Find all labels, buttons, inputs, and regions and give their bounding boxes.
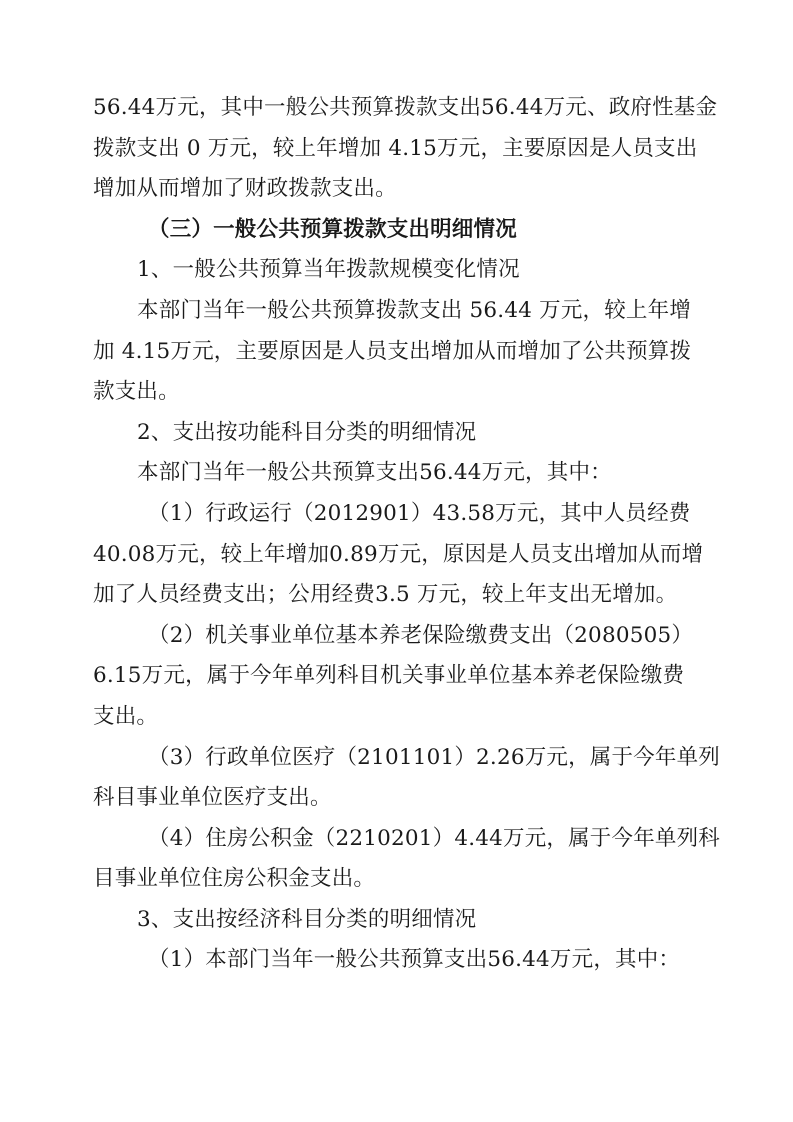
list-item: （2）机关事业单位基本养老保险缴费支出（2080505） [93,616,703,657]
paragraph-line: 6.15万元，属于今年单列科目机关事业单位基本养老保险缴费 [93,656,703,697]
list-item: （4）住房公积金（2210201）4.44万元，属于今年单列科 [93,819,703,860]
paragraph-line: 加 4.15万元，主要原因是人员支出增加从而增加了公共预算拨 [93,332,703,373]
section-heading: （三）一般公共预算拨款支出明细情况 [93,210,703,251]
paragraph-line: 支出。 [93,697,703,738]
document-page: 56.44万元，其中一般公共预算拨款支出56.44万元、政府性基金 拨款支出 0… [93,88,703,981]
paragraph-line: 款支出。 [93,372,703,413]
paragraph-line: 科目事业单位医疗支出。 [93,778,703,819]
list-item: （1）行政运行（2012901）43.58万元，其中人员经费 [93,494,703,535]
subsection-heading: 1、一般公共预算当年拨款规模变化情况 [93,250,703,291]
paragraph-line: 56.44万元，其中一般公共预算拨款支出56.44万元、政府性基金 [93,88,703,129]
subsection-heading: 3、支出按经济科目分类的明细情况 [93,900,703,941]
paragraph-line: 增加从而增加了财政拨款支出。 [93,169,703,210]
list-item: （1）本部门当年一般公共预算支出56.44万元，其中： [93,940,703,981]
paragraph-line: 加了人员经费支出；公用经费3.5 万元，较上年支出无增加。 [93,575,703,616]
paragraph-line: 本部门当年一般公共预算支出56.44万元，其中： [93,453,703,494]
list-item: （3）行政单位医疗（2101101）2.26万元，属于今年单列 [93,738,703,779]
paragraph-line: 本部门当年一般公共预算拨款支出 56.44 万元，较上年增 [93,291,703,332]
subsection-heading: 2、支出按功能科目分类的明细情况 [93,413,703,454]
paragraph-line: 40.08万元，较上年增加0.89万元，原因是人员支出增加从而增 [93,535,703,576]
paragraph-line: 目事业单位住房公积金支出。 [93,859,703,900]
paragraph-line: 拨款支出 0 万元，较上年增加 4.15万元，主要原因是人员支出 [93,129,703,170]
